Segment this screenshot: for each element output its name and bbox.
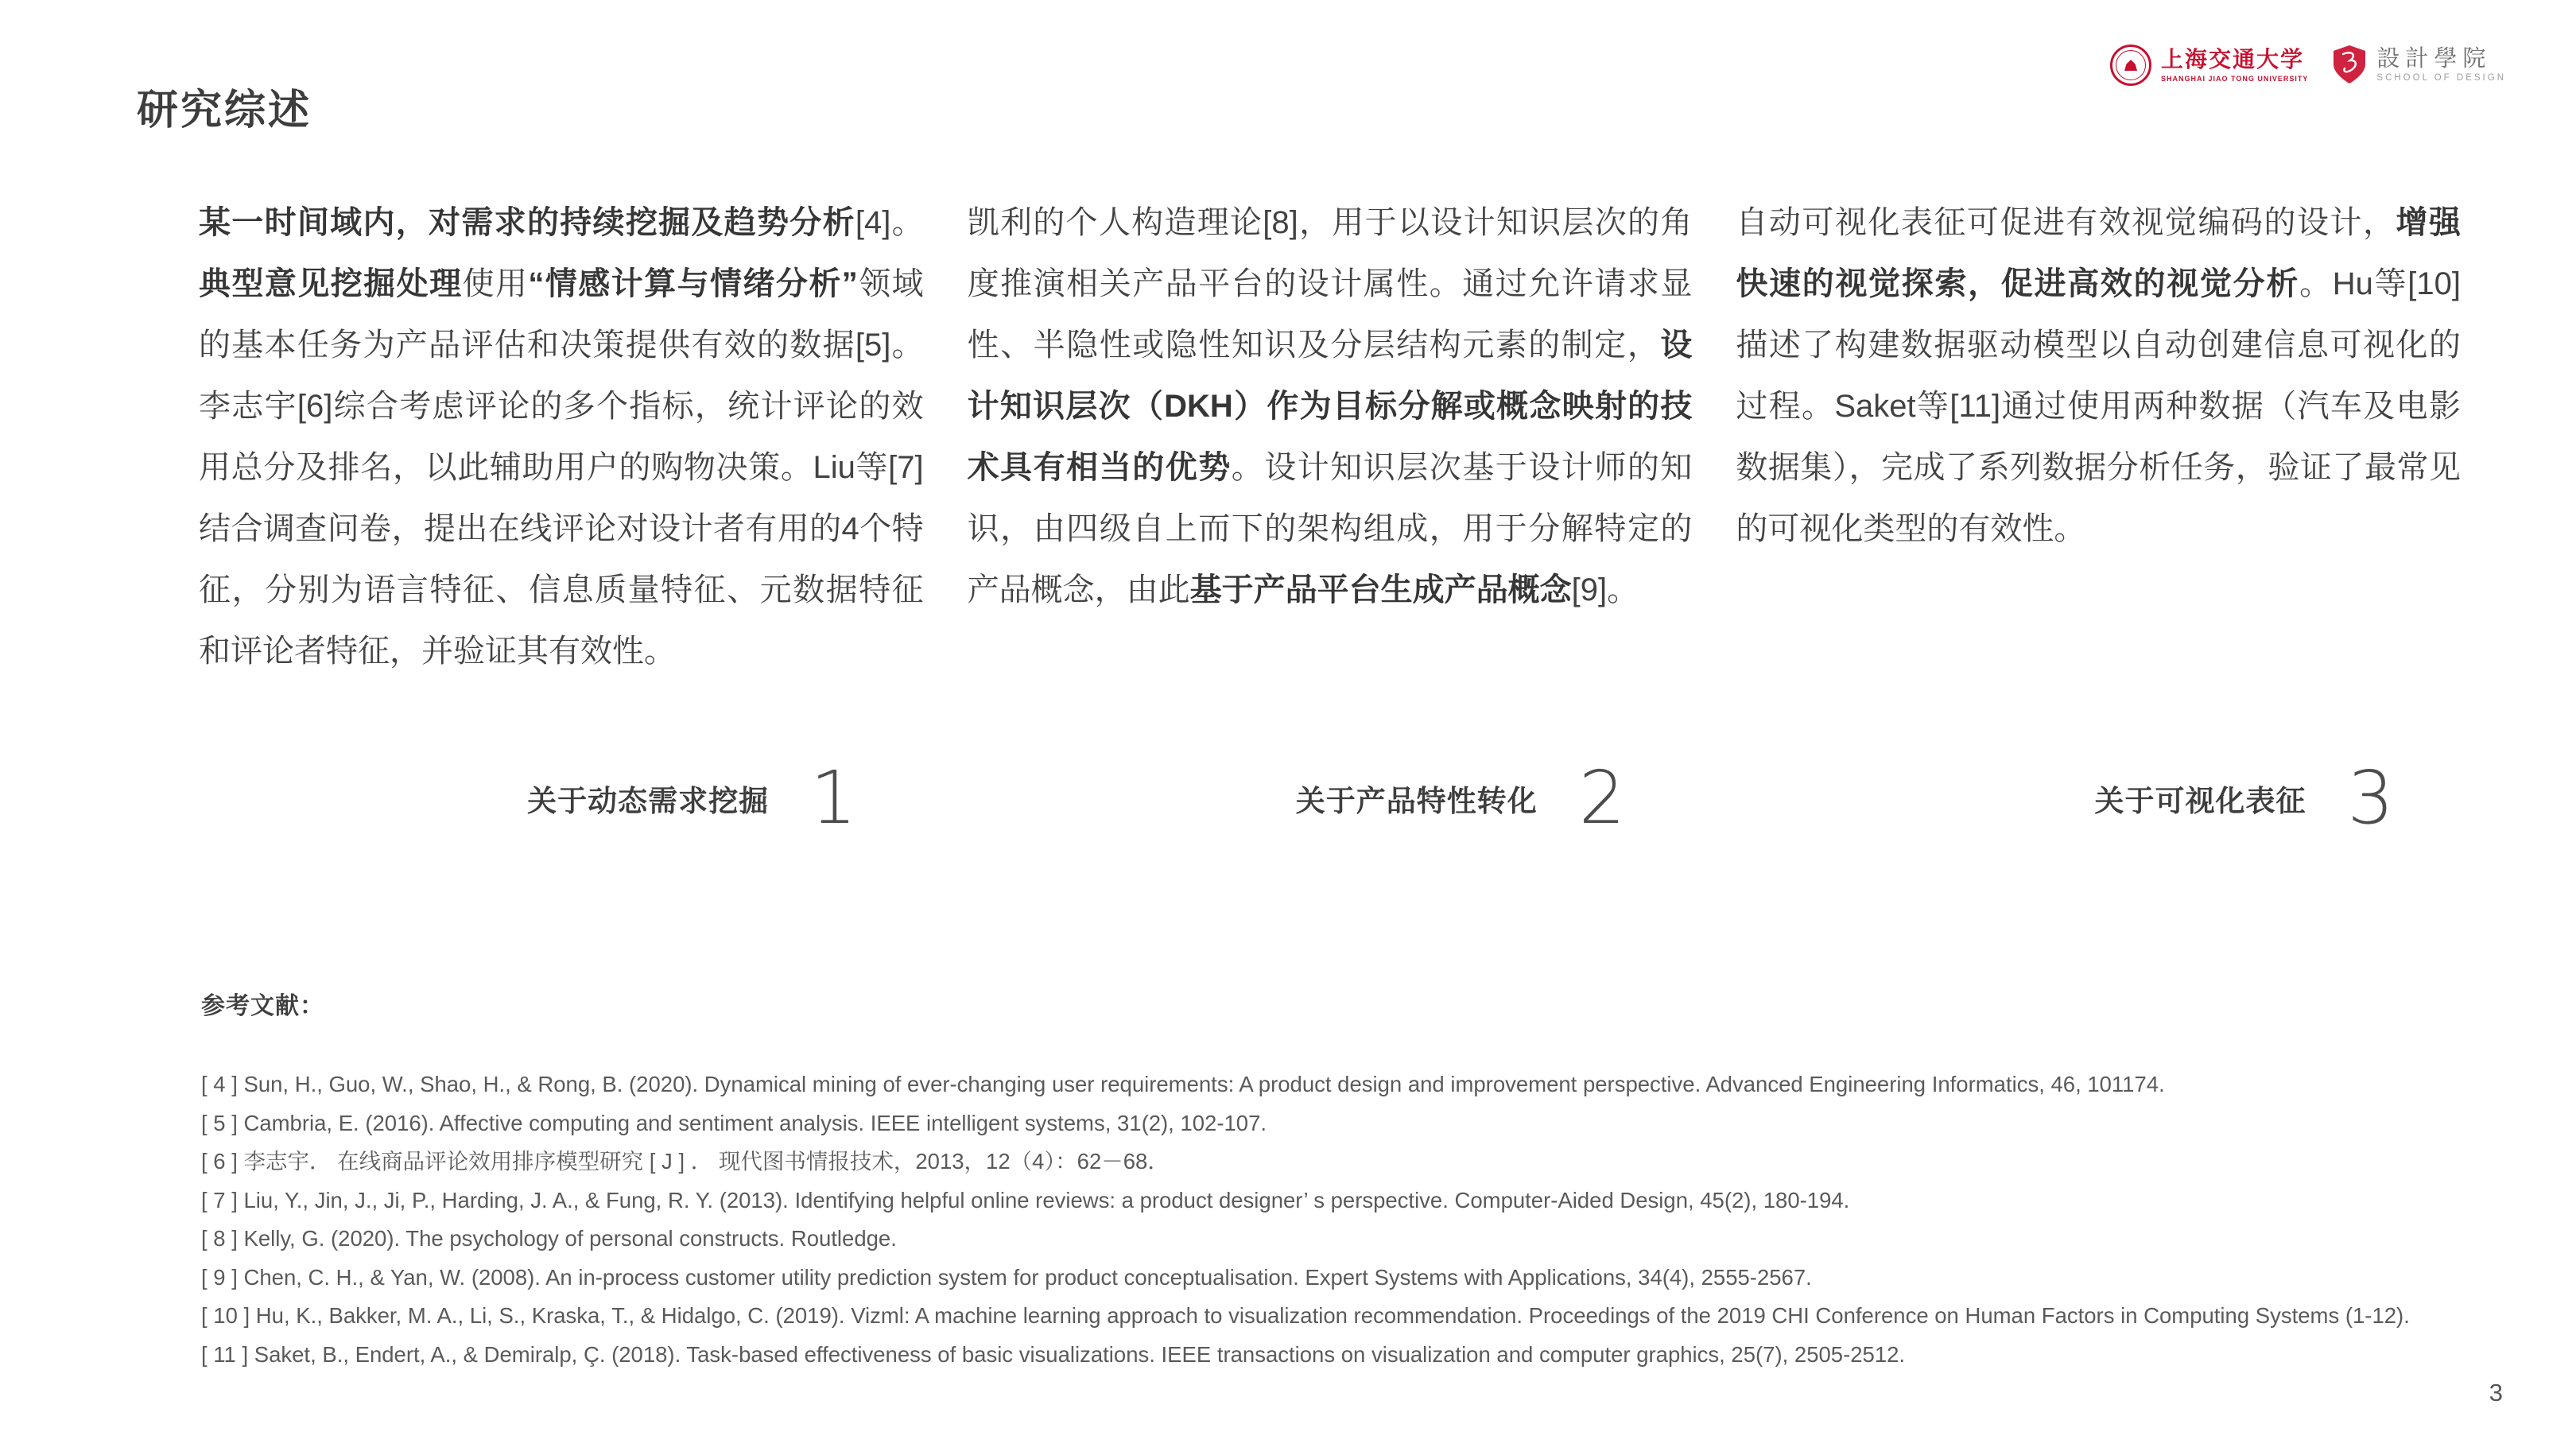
reference-item: [ 7 ] Liu, Y., Jin, J., Ji, P., Harding,… — [201, 1181, 2507, 1220]
sjtu-logo-text: 上海交通大学 SHANGHAI JIAO TONG UNIVERSITY — [2161, 48, 2308, 83]
section-1-number: 1 — [810, 762, 857, 835]
review-columns: 某一时间域内，对需求的持续挖掘及趋势分析[4]。典型意见挖掘处理使用“情感计算与… — [199, 192, 2461, 682]
text-segment: 典型意见挖掘处理 — [199, 266, 463, 301]
text-segment: 某一时间域内，对需求的持续挖掘及趋势分析 — [199, 205, 855, 240]
text-segment: [4]。 — [855, 205, 924, 240]
references-list: [ 4 ] Sun, H., Guo, W., Shao, H., & Rong… — [201, 1065, 2507, 1374]
reference-item: [ 11 ] Saket, B., Endert, A., & Demiralp… — [201, 1336, 2507, 1375]
design-name-cn: 設計學院 — [2376, 46, 2506, 72]
sjtu-name-en: SHANGHAI JIAO TONG UNIVERSITY — [2161, 75, 2308, 83]
design-school-logo: 設計學院 SCHOOL OF DESIGN — [2332, 45, 2506, 84]
section-label-row: 关于动态需求挖掘 1 关于产品特性转化 2 关于可视化表征 3 — [199, 762, 2461, 835]
reference-item: [ 10 ] Hu, K., Bakker, M. A., Li, S., Kr… — [201, 1297, 2507, 1336]
section-3-number: 3 — [2347, 762, 2394, 835]
section-3-label: 关于可视化表征 — [2094, 777, 2306, 820]
design-name-en: SCHOOL OF DESIGN — [2376, 73, 2506, 83]
references-section: 参考文献： [ 4 ] Sun, H., Guo, W., Shao, H., … — [201, 986, 2507, 1374]
sjtu-seal-icon — [2110, 45, 2151, 86]
text-segment: 领域的基本任务为产品评估和决策提供有效的数据[5]。李志宇[6]综合考虑评论的多… — [199, 266, 924, 669]
reference-item: [ 6 ] 李志宇． 在线商品评论效用排序模型研究 [ J ] ． 现代图书情报… — [201, 1143, 2507, 1181]
header-logos: 上海交通大学 SHANGHAI JIAO TONG UNIVERSITY 設計學… — [2110, 45, 2506, 86]
reference-item: [ 5 ] Cambria, E. (2016). Affective comp… — [201, 1104, 2507, 1143]
reference-item: [ 4 ] Sun, H., Guo, W., Shao, H., & Rong… — [201, 1065, 2507, 1104]
column-product-characteristics-text: 凯利的个人构造理论[8]，用于以设计知识层次的角度推演相关产品平台的设计属性。通… — [968, 192, 1693, 682]
text-segment: 使用 — [463, 266, 529, 301]
design-logo-text: 設計學院 SCHOOL OF DESIGN — [2376, 46, 2506, 83]
references-heading: 参考文献： — [201, 986, 2507, 1021]
text-segment: 自动可视化表征可促进有效视觉编码的设计， — [1736, 205, 2396, 240]
column-visualization-text: 自动可视化表征可促进有效视觉编码的设计，增强快速的视觉探索，促进高效的视觉分析。… — [1736, 192, 2461, 682]
reference-item: [ 9 ] Chen, C. H., & Yan, W. (2008). An … — [201, 1259, 2507, 1298]
sjtu-name-cn: 上海交通大学 — [2161, 48, 2308, 72]
reference-item: [ 8 ] Kelly, G. (2020). The psychology o… — [201, 1220, 2507, 1259]
section-2-label: 关于产品特性转化 — [1296, 777, 1538, 820]
text-segment: 。Hu等[10]描述了构建数据驱动模型以自动创建信息可视化的过程。Saket等[… — [1736, 266, 2461, 546]
design-shield-icon — [2332, 45, 2367, 84]
section-1: 关于动态需求挖掘 1 — [199, 762, 924, 835]
section-1-label: 关于动态需求挖掘 — [527, 777, 769, 820]
text-segment: 凯利的个人构造理论[8]，用于以设计知识层次的角度推演相关产品平台的设计属性。通… — [968, 205, 1693, 363]
text-segment: “情感计算与情绪分析” — [528, 266, 857, 301]
text-segment: 基于产品平台生成产品概念 — [1190, 572, 1572, 607]
page-title: 研究综述 — [137, 76, 312, 136]
page-number: 3 — [2489, 1379, 2503, 1407]
text-segment: [9]。 — [1572, 572, 1639, 607]
section-2: 关于产品特性转化 2 — [968, 762, 1693, 835]
section-3: 关于可视化表征 3 — [1736, 762, 2461, 835]
column-dynamic-requirements-text: 某一时间域内，对需求的持续挖掘及趋势分析[4]。典型意见挖掘处理使用“情感计算与… — [199, 192, 924, 682]
section-2-number: 2 — [1579, 762, 1626, 835]
slide: 研究综述 上海交通大学 SHANGHAI JIAO TONG UNIVERSIT… — [0, 0, 2576, 1455]
sjtu-logo: 上海交通大学 SHANGHAI JIAO TONG UNIVERSITY — [2110, 45, 2308, 86]
